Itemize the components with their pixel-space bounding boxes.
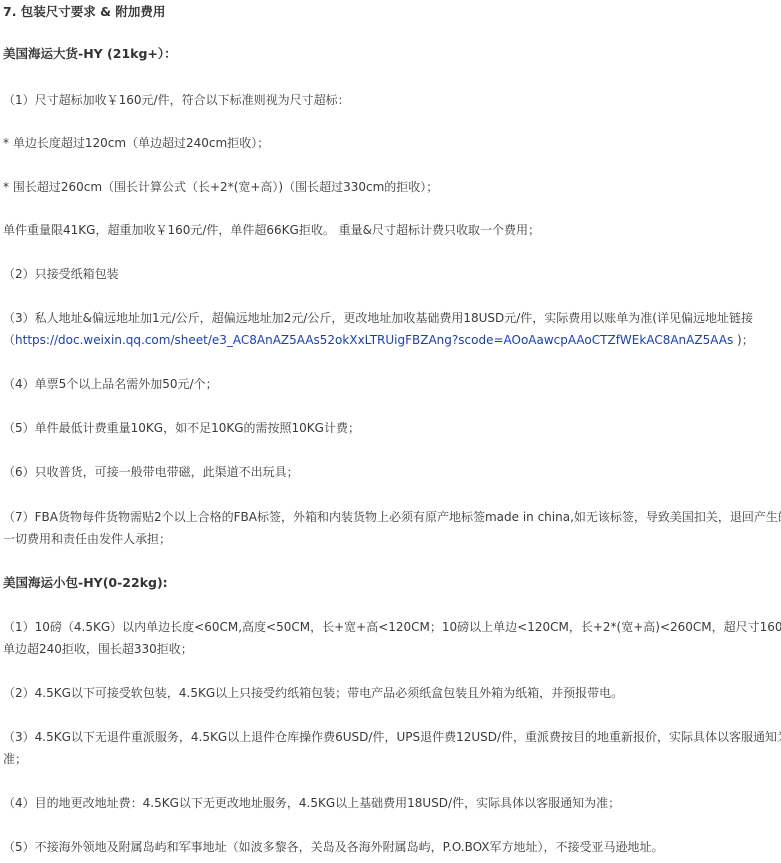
large-freight-item-3-line-1: （3）私人地址&偏远地址加1元/公斤，超偏远地址加2元/公斤，更改地址加收基础费… [3,307,753,329]
small-parcel-item-2: （2）4.5KG以下可接受软包装，4.5KG以上只接受约纸箱包装；带电产品必须纸… [3,682,623,704]
large-freight-item-6: （6）只收普货，可接一般带电带磁，此渠道不出玩具； [3,461,299,483]
large-freight-heading: 美国海运大货-HY (21kg+）： [3,43,177,65]
section-title: 7. 包装尺寸要求 & 附加费用 [3,1,165,23]
small-parcel-item-5: （5）不接海外领地及附属岛屿和军事地址（如波多黎各，关岛及各海外附属岛屿，P.O… [3,836,664,858]
large-freight-item-7-line-2: 一切费用和责任由发件人承担； [3,528,171,550]
small-parcel-heading: 美国海运小包-HY(0-22kg): [3,572,168,594]
large-freight-item-4: （4）单票5个以上品名需外加50元/个； [3,373,218,395]
small-parcel-item-1-line-2: 单边超240拒收，围长超330拒收； [3,638,193,660]
large-freight-item-2: （2）只接受纸箱包装 [3,263,119,285]
large-freight-item-1-sub-2: * 围长超过260cm（围长计算公式（长+2*(宽+高）)（围长超过330cm的… [3,176,438,198]
large-freight-item-3-line-2: （https://doc.weixin.qq.com/sheet/e3_AC8A… [3,329,754,351]
remote-address-link[interactable]: https://doc.weixin.qq.com/sheet/e3_AC8An… [15,333,733,347]
large-freight-item-1-sub-1: * 单边长度超过120cm（单边超过240cm拒收）； [3,132,269,154]
small-parcel-item-4: （4）目的地更改地址费：4.5KG以下无更改地址服务，4.5KG以上基础费用18… [3,792,620,814]
small-parcel-item-1-line-1: （1）10磅（4.5KG）以内单边长度<60CM,高度<50CM，长+宽+高<1… [3,616,781,638]
small-parcel-item-3-line-2: 准； [3,748,27,770]
small-parcel-item-3-line-1: （3）4.5KG以下无退件重派服务，4.5KG以上退件仓库操作费6USD/件，U… [3,726,781,748]
large-freight-item-7-line-1: （7）FBA货物每件货物需贴2个以上合格的FBA标签，外箱和内装货物上必须有原产… [3,506,781,528]
large-freight-item-1: （1）尺寸超标加收￥160元/件，符合以下标准则视为尺寸超标： [3,89,350,111]
large-freight-item-5: （5）单件最低计费重量10KG，如不足10KG的需按照10KG计费； [3,417,360,439]
link-close-paren: )； [733,333,754,347]
large-freight-weight-note: 单件重量限41KG，超重加收￥160元/件，单件超66KG拒收。 重量&尺寸超标… [3,219,540,241]
link-open-paren: （ [3,333,15,347]
